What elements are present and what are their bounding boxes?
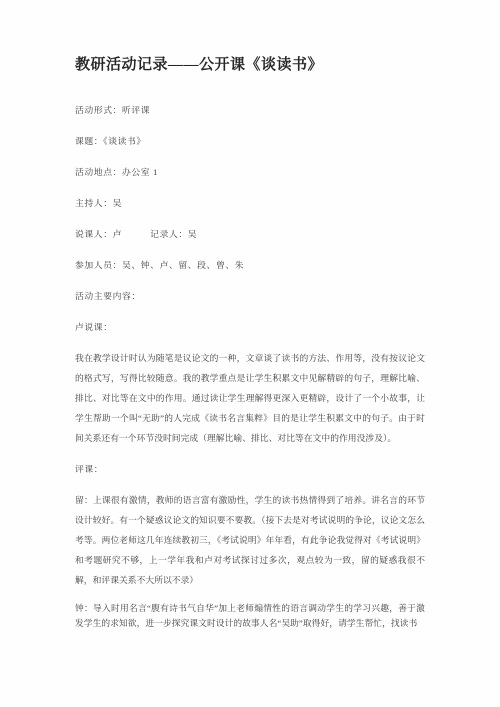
meta-activity-location: 活动地点：办公室 1 bbox=[75, 162, 425, 182]
paragraph-zhong-comment: 钟：导入时用名言“腹有诗书气自华”加上老师煽情性的语言调动学生的学习兴趣，善于激… bbox=[75, 601, 425, 631]
paragraph-lu-speech: 我在教学设计时认为随笔是议论文的一种，文章谈了读书的方法、作用等，没有按议论文的… bbox=[75, 348, 425, 448]
meta-lu-speech-label: 卢说课： bbox=[75, 317, 425, 337]
document-page: 教研活动记录——公开课《谈读书》 活动形式：听评课 课题：《谈读书》 活动地点：… bbox=[0, 0, 500, 707]
meta-participants: 参加人员：吴、钟、卢、留、段、曾、朱 bbox=[75, 255, 425, 275]
document-title: 教研活动记录——公开课《谈读书》 bbox=[75, 52, 425, 78]
document-content: 教研活动记录——公开课《谈读书》 活动形式：听评课 课题：《谈读书》 活动地点：… bbox=[0, 0, 500, 631]
meta-presenter-and-recorder: 说课人：卢 记录人：吴 bbox=[75, 224, 425, 244]
meta-activity-form: 活动形式：听评课 bbox=[75, 100, 425, 120]
meta-lesson-topic: 课题：《谈读书》 bbox=[75, 131, 425, 151]
section-review-heading: 评课： bbox=[75, 459, 425, 479]
meta-main-content-label: 活动主要内容： bbox=[75, 286, 425, 306]
paragraph-liu-comment: 留：上课很有激情，教师的语言富有激励性，学生的读书热情得到了培养。讲名言的环节设… bbox=[75, 490, 425, 590]
meta-host: 主持人：吴 bbox=[75, 193, 425, 213]
